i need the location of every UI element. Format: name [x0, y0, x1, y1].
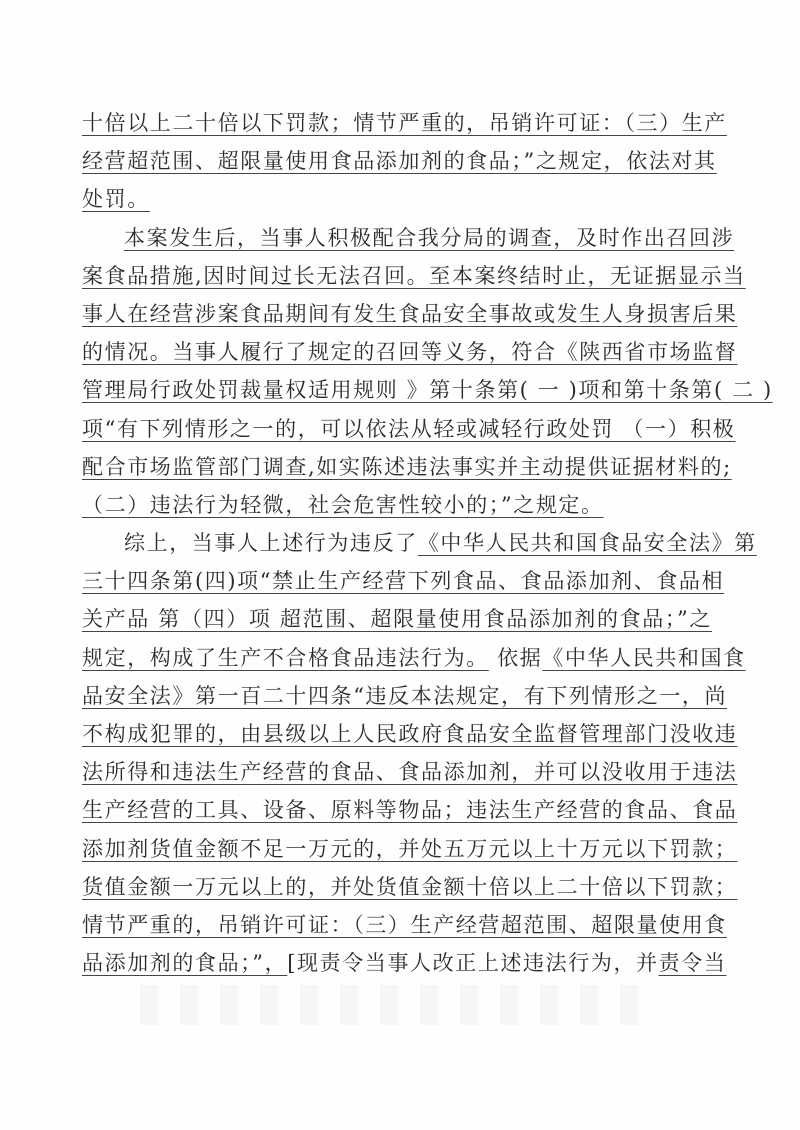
underlined-text: 货值金额一万元以上的，并处货值金额十倍以上二十倍以下罚款； — [82, 875, 737, 899]
underlined-text: 本案发生后，当事人积极配合我分局的调查，及时作出召回涉 — [124, 226, 734, 250]
plain-text: 综上，当事人上述行为违反了 — [124, 531, 418, 555]
underlined-text: 项“有下列情形之一的，可以依法从轻或减轻行政处罚 （一）积极 — [82, 417, 735, 441]
text-line: （二）违法行为轻微，社会危害性较小的；”之规定。 — [82, 486, 712, 524]
underlined-text: 事人在经营涉案食品期间有发生食品安全事故或发生人身损害后果 — [82, 302, 737, 326]
underlined-text: 添加剂货值金额不足一万元的，并处五万元以上十万元以下罚款； — [82, 837, 737, 861]
underlined-text: 法所得和违法生产经营的食品、食品添加剂，并可以没收用于违法 — [82, 760, 737, 784]
text-line: 本案发生后，当事人积极配合我分局的调查，及时作出召回涉 — [82, 219, 712, 257]
underlined-text: 关产品 第（四）项 超范围、超限量使用食品添加剂的食品；”之 — [82, 607, 712, 631]
underlined-text: 责令当 — [659, 951, 727, 975]
text-line: 项“有下列情形之一的，可以依法从轻或减轻行政处罚 （一）积极 — [82, 410, 712, 448]
underlined-text: 十倍以上二十倍以下罚款；情节严重的，吊销许可证：（三）生产 — [82, 111, 727, 135]
reverse-side-bleed-through — [140, 985, 660, 1025]
text-line: 法所得和违法生产经营的食品、食品添加剂，并可以没收用于违法 — [82, 753, 712, 791]
text-line: 品添加剂的食品；”，[现责令当事人改正上述违法行为，并责令当 — [82, 944, 712, 982]
underlined-text: 处罚。 — [82, 187, 150, 211]
text-line: 添加剂货值金额不足一万元的，并处五万元以上十万元以下罚款； — [82, 830, 712, 868]
text-line: 三十四条第(四)项“禁止生产经营下列食品、食品添加剂、食品相 — [82, 562, 712, 600]
text-line: 配合市场监管部门调查,如实陈述违法事实并主动提供证据材料的; — [82, 448, 712, 486]
text-line: 十倍以上二十倍以下罚款；情节严重的，吊销许可证：（三）生产 — [82, 104, 712, 142]
text-line: 货值金额一万元以上的，并处货值金额十倍以上二十倍以下罚款； — [82, 868, 712, 906]
underlined-text: 管理局行政处罚裁量权适用规则 》第十条第( 一 )项和第十条第( 二 ) — [82, 378, 773, 402]
underlined-text: 经营超范围、超限量使用食品添加剂的食品；”之规定，依法对其 — [82, 149, 717, 173]
document-page: 十倍以上二十倍以下罚款；情节严重的，吊销许可证：（三）生产经营超范围、超限量使用… — [0, 0, 800, 1130]
underlined-text: 不构成犯罪的，由县级以上人民政府食品安全监督管理部门没收违 — [82, 722, 737, 746]
text-line: 关产品 第（四）项 超范围、超限量使用食品添加剂的食品；”之 — [82, 600, 712, 638]
text-line: 规定，构成了生产不合格食品违法行为。 依据《中华人民共和国食 — [82, 639, 712, 677]
underlined-text: 生产经营的工具、设备、原料等物品；违法生产经营的食品、食品 — [82, 798, 737, 822]
text-line: 事人在经营涉案食品期间有发生食品安全事故或发生人身损害后果 — [82, 295, 712, 333]
underlined-text: 品添加剂的食品；”， — [82, 951, 287, 975]
text-line: 管理局行政处罚裁量权适用规则 》第十条第( 一 )项和第十条第( 二 ) — [82, 371, 712, 409]
underlined-text: 案食品措施,因时间过长无法召回。至本案终结时止，无证据显示当 — [82, 264, 746, 288]
text-line: 品安全法》第一百二十四条“违反本法规定，有下列情形之一，尚 — [82, 677, 712, 715]
plain-text: [现责令当事人改正上述违法行为，并 — [287, 951, 658, 975]
text-line: 生产经营的工具、设备、原料等物品；违法生产经营的食品、食品 — [82, 791, 712, 829]
text-line: 综上，当事人上述行为违反了《中华人民共和国食品安全法》第 — [82, 524, 712, 562]
underlined-text: 情节严重的，吊销许可证：（三）生产经营超范围、超限量使用食 — [82, 913, 727, 937]
text-line: 情节严重的，吊销许可证：（三）生产经营超范围、超限量使用食 — [82, 906, 712, 944]
text-line: 经营超范围、超限量使用食品添加剂的食品；”之规定，依法对其 — [82, 142, 712, 180]
underlined-text: 《中华人民共和国食品安全法》第 — [418, 531, 757, 555]
plain-text: 依据 — [489, 646, 542, 670]
underlined-text: 三十四条第(四)项“禁止生产经营下列食品、食品添加剂、食品相 — [82, 569, 724, 593]
text-line: 处罚。 — [82, 180, 712, 218]
underlined-text: 《中华人民共和国食 — [542, 646, 745, 670]
underlined-text: 配合市场监管部门调查,如实陈述违法事实并主动提供证据材料的; — [82, 455, 732, 479]
text-line: 的情况。当事人履行了规定的召回等义务，符合《陕西省市场监督 — [82, 333, 712, 371]
text-line: 不构成犯罪的，由县级以上人民政府食品安全监督管理部门没收违 — [82, 715, 712, 753]
underlined-text: 规定，构成了生产不合格食品违法行为。 — [82, 646, 489, 670]
underlined-text: 的情况。当事人履行了规定的召回等义务，符合《陕西省市场监督 — [82, 340, 737, 364]
underlined-text: 品安全法》第一百二十四条“违反本法规定，有下列情形之一，尚 — [82, 684, 727, 708]
document-body: 十倍以上二十倍以下罚款；情节严重的，吊销许可证：（三）生产经营超范围、超限量使用… — [82, 104, 712, 982]
underlined-text: （二）违法行为轻微，社会危害性较小的；”之规定。 — [82, 493, 604, 517]
text-line: 案食品措施,因时间过长无法召回。至本案终结时止，无证据显示当 — [82, 257, 712, 295]
